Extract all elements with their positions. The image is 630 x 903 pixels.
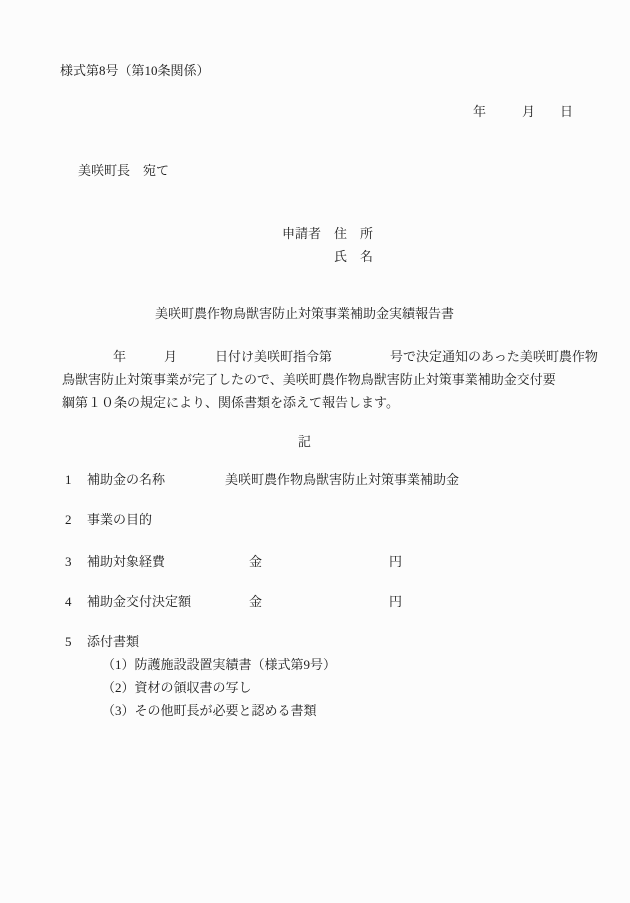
item-1-number: 1 xyxy=(65,471,72,489)
applicant-address-line: 申請者 住 所 xyxy=(282,225,373,243)
item-4-number: 4 xyxy=(65,593,72,611)
body-date-year: 年 xyxy=(113,348,126,366)
document-page: 様式第8号（第10条関係） 年 月 日 美咲町長 宛て 申請者 住 所 氏 名 … xyxy=(0,0,630,903)
item-3-amount-prefix: 金 xyxy=(249,553,262,571)
ki-heading: 記 xyxy=(298,433,311,451)
date-day-label: 日 xyxy=(560,103,573,121)
body-directive-text: 日付け美咲町指令第 xyxy=(215,348,332,366)
body-line3: 綱第１０条の規定により、関係書類を添えて報告します。 xyxy=(62,394,399,412)
item-1-value: 美咲町農作物鳥獣害防止対策事業補助金 xyxy=(225,471,459,489)
item-3-amount-suffix: 円 xyxy=(389,553,402,571)
body-line2: 鳥獣害防止対策事業が完了したので、美咲町農作物鳥獣害防止対策事業補助金交付要 xyxy=(62,371,556,389)
attachment-item-1: （1）防護施設設置実績書（様式第9号） xyxy=(102,656,336,674)
item-1-label: 補助金の名称 xyxy=(87,471,165,489)
applicant-name-line: 氏 名 xyxy=(334,248,373,266)
item-2-number: 2 xyxy=(65,511,72,529)
item-4-amount-prefix: 金 xyxy=(249,593,262,611)
document-title: 美咲町農作物鳥獣害防止対策事業補助金実績報告書 xyxy=(155,305,454,323)
form-number: 様式第8号（第10条関係） xyxy=(60,62,210,80)
date-month-label: 月 xyxy=(522,103,535,121)
attachment-item-3: （3）その他町長が必要と認める書類 xyxy=(102,702,317,720)
body-date-month: 月 xyxy=(164,348,177,366)
item-3-label: 補助対象経費 xyxy=(87,553,165,571)
item-5-label: 添付書類 xyxy=(87,633,139,651)
addressee: 美咲町長 宛て xyxy=(78,162,169,180)
item-4-amount-suffix: 円 xyxy=(389,593,402,611)
date-year-label: 年 xyxy=(473,103,486,121)
body-number-text: 号で決定通知のあった美咲町農作物 xyxy=(390,348,598,366)
item-4-label: 補助金交付決定額 xyxy=(87,593,191,611)
item-5-number: 5 xyxy=(65,633,72,651)
item-3-number: 3 xyxy=(65,553,72,571)
attachment-item-2: （2）資材の領収書の写し xyxy=(102,679,252,697)
item-2-label: 事業の目的 xyxy=(87,511,152,529)
